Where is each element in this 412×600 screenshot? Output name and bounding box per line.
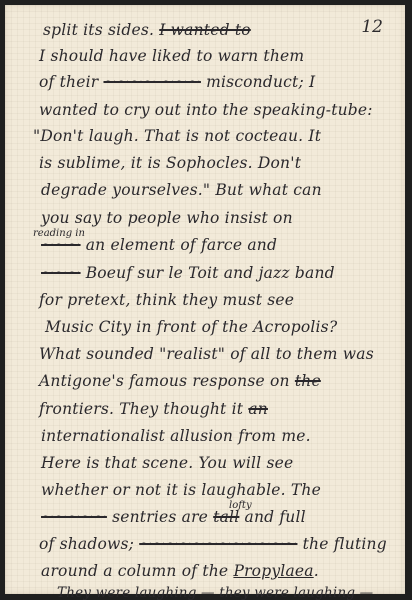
manuscript-line: "Don't laugh. That is not cocteau. It [33, 127, 321, 145]
text-segment: What sounded "realist" of all to them wa… [39, 345, 374, 363]
text-segment: for pretext, think they must see [39, 291, 294, 309]
manuscript-line: I should have liked to warn them [39, 47, 304, 65]
text-segment: frontiers. They thought it [39, 400, 248, 418]
manuscript-line: Antigone's famous response on the [39, 372, 321, 390]
text-segment: the fluting [297, 535, 386, 553]
manuscript-line: Music City in front of the Acropolis? [45, 318, 337, 336]
manuscript-line: whether or not it is laughable. The [41, 481, 321, 499]
text-segment: wanted to cry out into the speaking-tube… [39, 101, 373, 119]
text-segment: sentries are [107, 508, 213, 526]
manuscript-page: 12 split its sides. I wanted toI should … [5, 5, 405, 594]
manuscript-line: frontiers. They thought it an [39, 400, 268, 418]
text-segment: Music City in front of the Acropolis? [45, 318, 337, 336]
text-segment: Here is that scene. You will see [41, 454, 293, 472]
text-segment: . [314, 562, 319, 580]
page-number: 12 [361, 17, 383, 37]
manuscript-line: you say to people who insist on [41, 209, 293, 227]
text-segment: split its sides. [43, 21, 159, 39]
manuscript-line: is sublime, it is Sophocles. Don't [39, 154, 301, 172]
manuscript-line: internationalist allusion from me. [41, 427, 311, 445]
struck-text: I wanted to [159, 21, 251, 39]
manuscript-line: degrade yourselves." But what can [41, 181, 322, 199]
struck-text: ~~~~ ~~~ [103, 73, 200, 91]
struck-text: ~~~ [41, 264, 81, 282]
manuscript-line: They were laughing — they were laughing … [57, 585, 373, 600]
scribbled-out-text: ~~~~~~~~~~~~ [139, 535, 297, 553]
text-segment: I should have liked to warn them [39, 47, 304, 65]
text-segment: an element of farce and [81, 236, 278, 254]
text-segment: degrade yourselves." But what can [41, 181, 322, 199]
interlinear-insertion: reading in [33, 228, 85, 239]
text-segment: internationalist allusion from me. [41, 427, 311, 445]
text-segment: Boeuf sur le Toit and jazz band [81, 264, 335, 282]
manuscript-line: of shadows; ~~~~~~~~~~~~ the fluting [39, 535, 387, 553]
text-segment: "Don't laugh. That is not cocteau. It [33, 127, 321, 145]
text-segment: Antigone's famous response on [39, 372, 295, 390]
manuscript-line: What sounded "realist" of all to them wa… [39, 345, 374, 363]
text-segment: around a column of the [41, 562, 233, 580]
manuscript-line: ~~~ Boeuf sur le Toit and jazz band [41, 264, 335, 282]
manuscript-line: of their ~~~~ ~~~ misconduct; I [39, 73, 315, 91]
text-segment: is sublime, it is Sophocles. Don't [39, 154, 301, 172]
text-segment: whether or not it is laughable. The [41, 481, 321, 499]
manuscript-line: Here is that scene. You will see [41, 454, 293, 472]
text-segment: of their [39, 73, 103, 91]
interlinear-insertion: lofty [229, 500, 252, 511]
text-segment: They were laughing — they were laughing … [57, 585, 373, 600]
struck-text: the [295, 372, 321, 390]
struck-text: ~~~~~ [41, 508, 107, 526]
text-segment: you say to people who insist on [41, 209, 293, 227]
manuscript-line: ~~~~~ sentries are tall and full [41, 508, 306, 526]
manuscript-line: wanted to cry out into the speaking-tube… [39, 101, 373, 119]
manuscript-line: around a column of the Propylaea. [41, 562, 319, 580]
manuscript-line: split its sides. I wanted to [43, 21, 251, 39]
struck-text: an [248, 400, 268, 418]
text-segment: misconduct; I [201, 73, 315, 91]
text-segment: of shadows; [39, 535, 139, 553]
underlined-text: Propylaea [233, 562, 313, 580]
manuscript-line: for pretext, think they must see [39, 291, 294, 309]
